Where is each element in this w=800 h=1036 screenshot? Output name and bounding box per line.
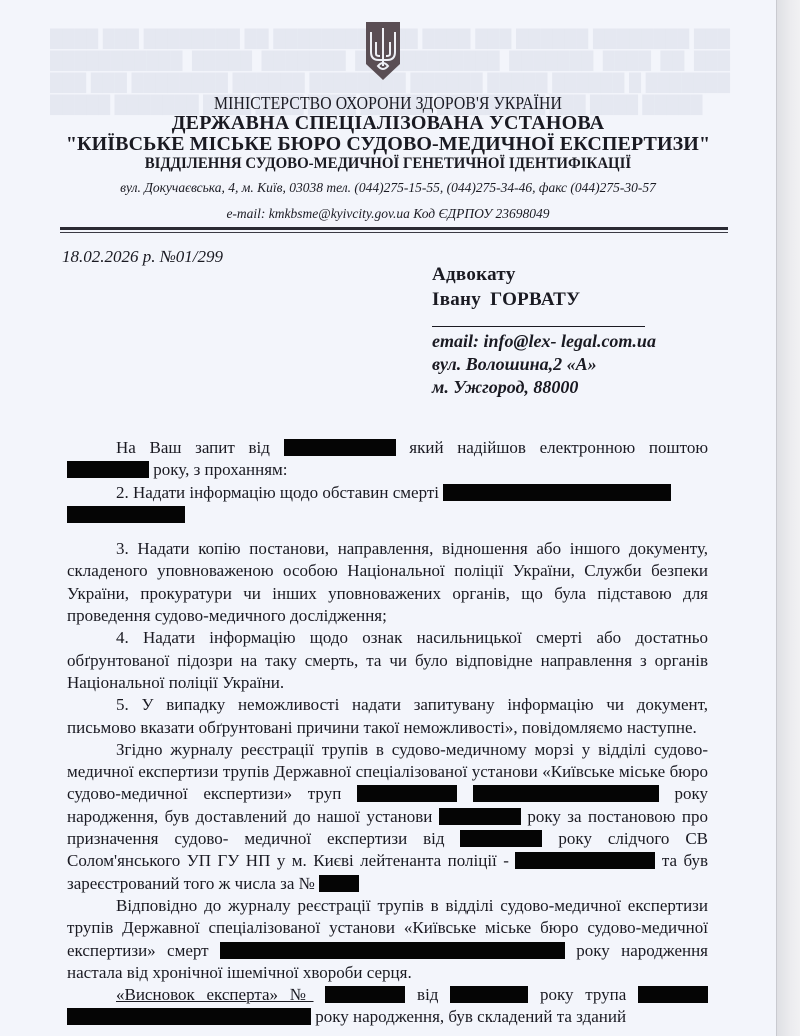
ministry-name: МІНІСТЕРСТВО ОХОРОНИ ЗДОРОВ'Я УКРАЇНИ — [39, 93, 737, 114]
institution-contacts: вул. Докучаєвська, 4, м. Київ, 03038 тел… — [0, 180, 776, 196]
request-item-2: 2. Надати інформацію щодо обставин смерт… — [67, 482, 708, 504]
redacted-date — [439, 808, 521, 825]
letter-body: На Ваш запит від який надійшов електронн… — [67, 437, 708, 1029]
redacted-conclusion-number — [325, 986, 405, 1003]
request-item-5: 5. У випадку неможливості надати запитув… — [67, 694, 708, 739]
institution-email: e-mail: kmkbsme@kyivcity.gov.ua Код ЄДРП… — [0, 206, 776, 222]
letter-page: ████ ███ ████████ ██ ████████████ ████ █… — [0, 0, 777, 1036]
request-item-2-cont — [67, 504, 708, 526]
institution-name: "КИЇВСЬКЕ МІСЬКЕ БЮРО СУДОВО-МЕДИЧНОЇ ЕК… — [0, 133, 776, 156]
header-divider-thin — [60, 232, 728, 233]
paragraph-request: На Ваш запит від який надійшов електронн… — [67, 437, 708, 459]
redacted-date — [284, 439, 396, 456]
redacted-date — [67, 461, 149, 478]
outgoing-reference: 18.02.2026 р. №01/299 — [62, 247, 223, 267]
redacted-name — [443, 484, 671, 501]
addressee-block: Адвокату Івану ГОРВАТУ — [432, 262, 580, 312]
paragraph-request-cont: року, з проханням: — [67, 459, 708, 481]
redacted-name — [67, 1008, 311, 1025]
header-divider-thick — [60, 227, 728, 230]
addressee-street: вул. Волошина,2 «А» — [432, 353, 656, 376]
paragraph-expert-conclusion: «Висновок експерта» № від року трупа рок… — [67, 984, 708, 1029]
redacted-name — [473, 785, 659, 802]
department-name: ВІДДІЛЕННЯ СУДОВО-МЕДИЧНОЇ ГЕНЕТИЧНОЇ ІД… — [27, 155, 749, 173]
addressee-underline — [432, 326, 645, 327]
trident-emblem-icon — [364, 20, 402, 82]
redacted-date — [450, 986, 528, 1003]
redacted-date — [460, 830, 542, 847]
addressee-title: Адвокату — [432, 262, 580, 287]
addressee-contacts: email: info@lex- legal.com.ua вул. Волош… — [432, 330, 656, 399]
paragraph-registration: Згідно журналу реєстрації трупів в судов… — [67, 739, 708, 895]
addressee-city: м. Ужгород, 88000 — [432, 376, 656, 399]
addressee-name: Івану ГОРВАТУ — [432, 287, 580, 312]
institution-type: ДЕРЖАВНА СПЕЦІАЛІЗОВАНА УСТАНОВА — [0, 112, 776, 135]
addressee-email: email: info@lex- legal.com.ua — [432, 330, 656, 353]
redacted-date — [67, 506, 185, 523]
redacted-registration-number — [319, 875, 359, 892]
redacted-name — [357, 785, 457, 802]
paragraph-cause-of-death: Відповідно до журналу реєстрації трупів … — [67, 895, 708, 984]
redacted-officer-name — [515, 852, 655, 869]
scan-page-edge — [777, 0, 800, 1036]
redacted-name — [638, 986, 708, 1003]
redacted-name — [220, 942, 565, 959]
request-item-3: 3. Надати копію постанови, направлення, … — [67, 538, 708, 627]
request-item-4: 4. Надати інформацію щодо ознак насильни… — [67, 627, 708, 694]
